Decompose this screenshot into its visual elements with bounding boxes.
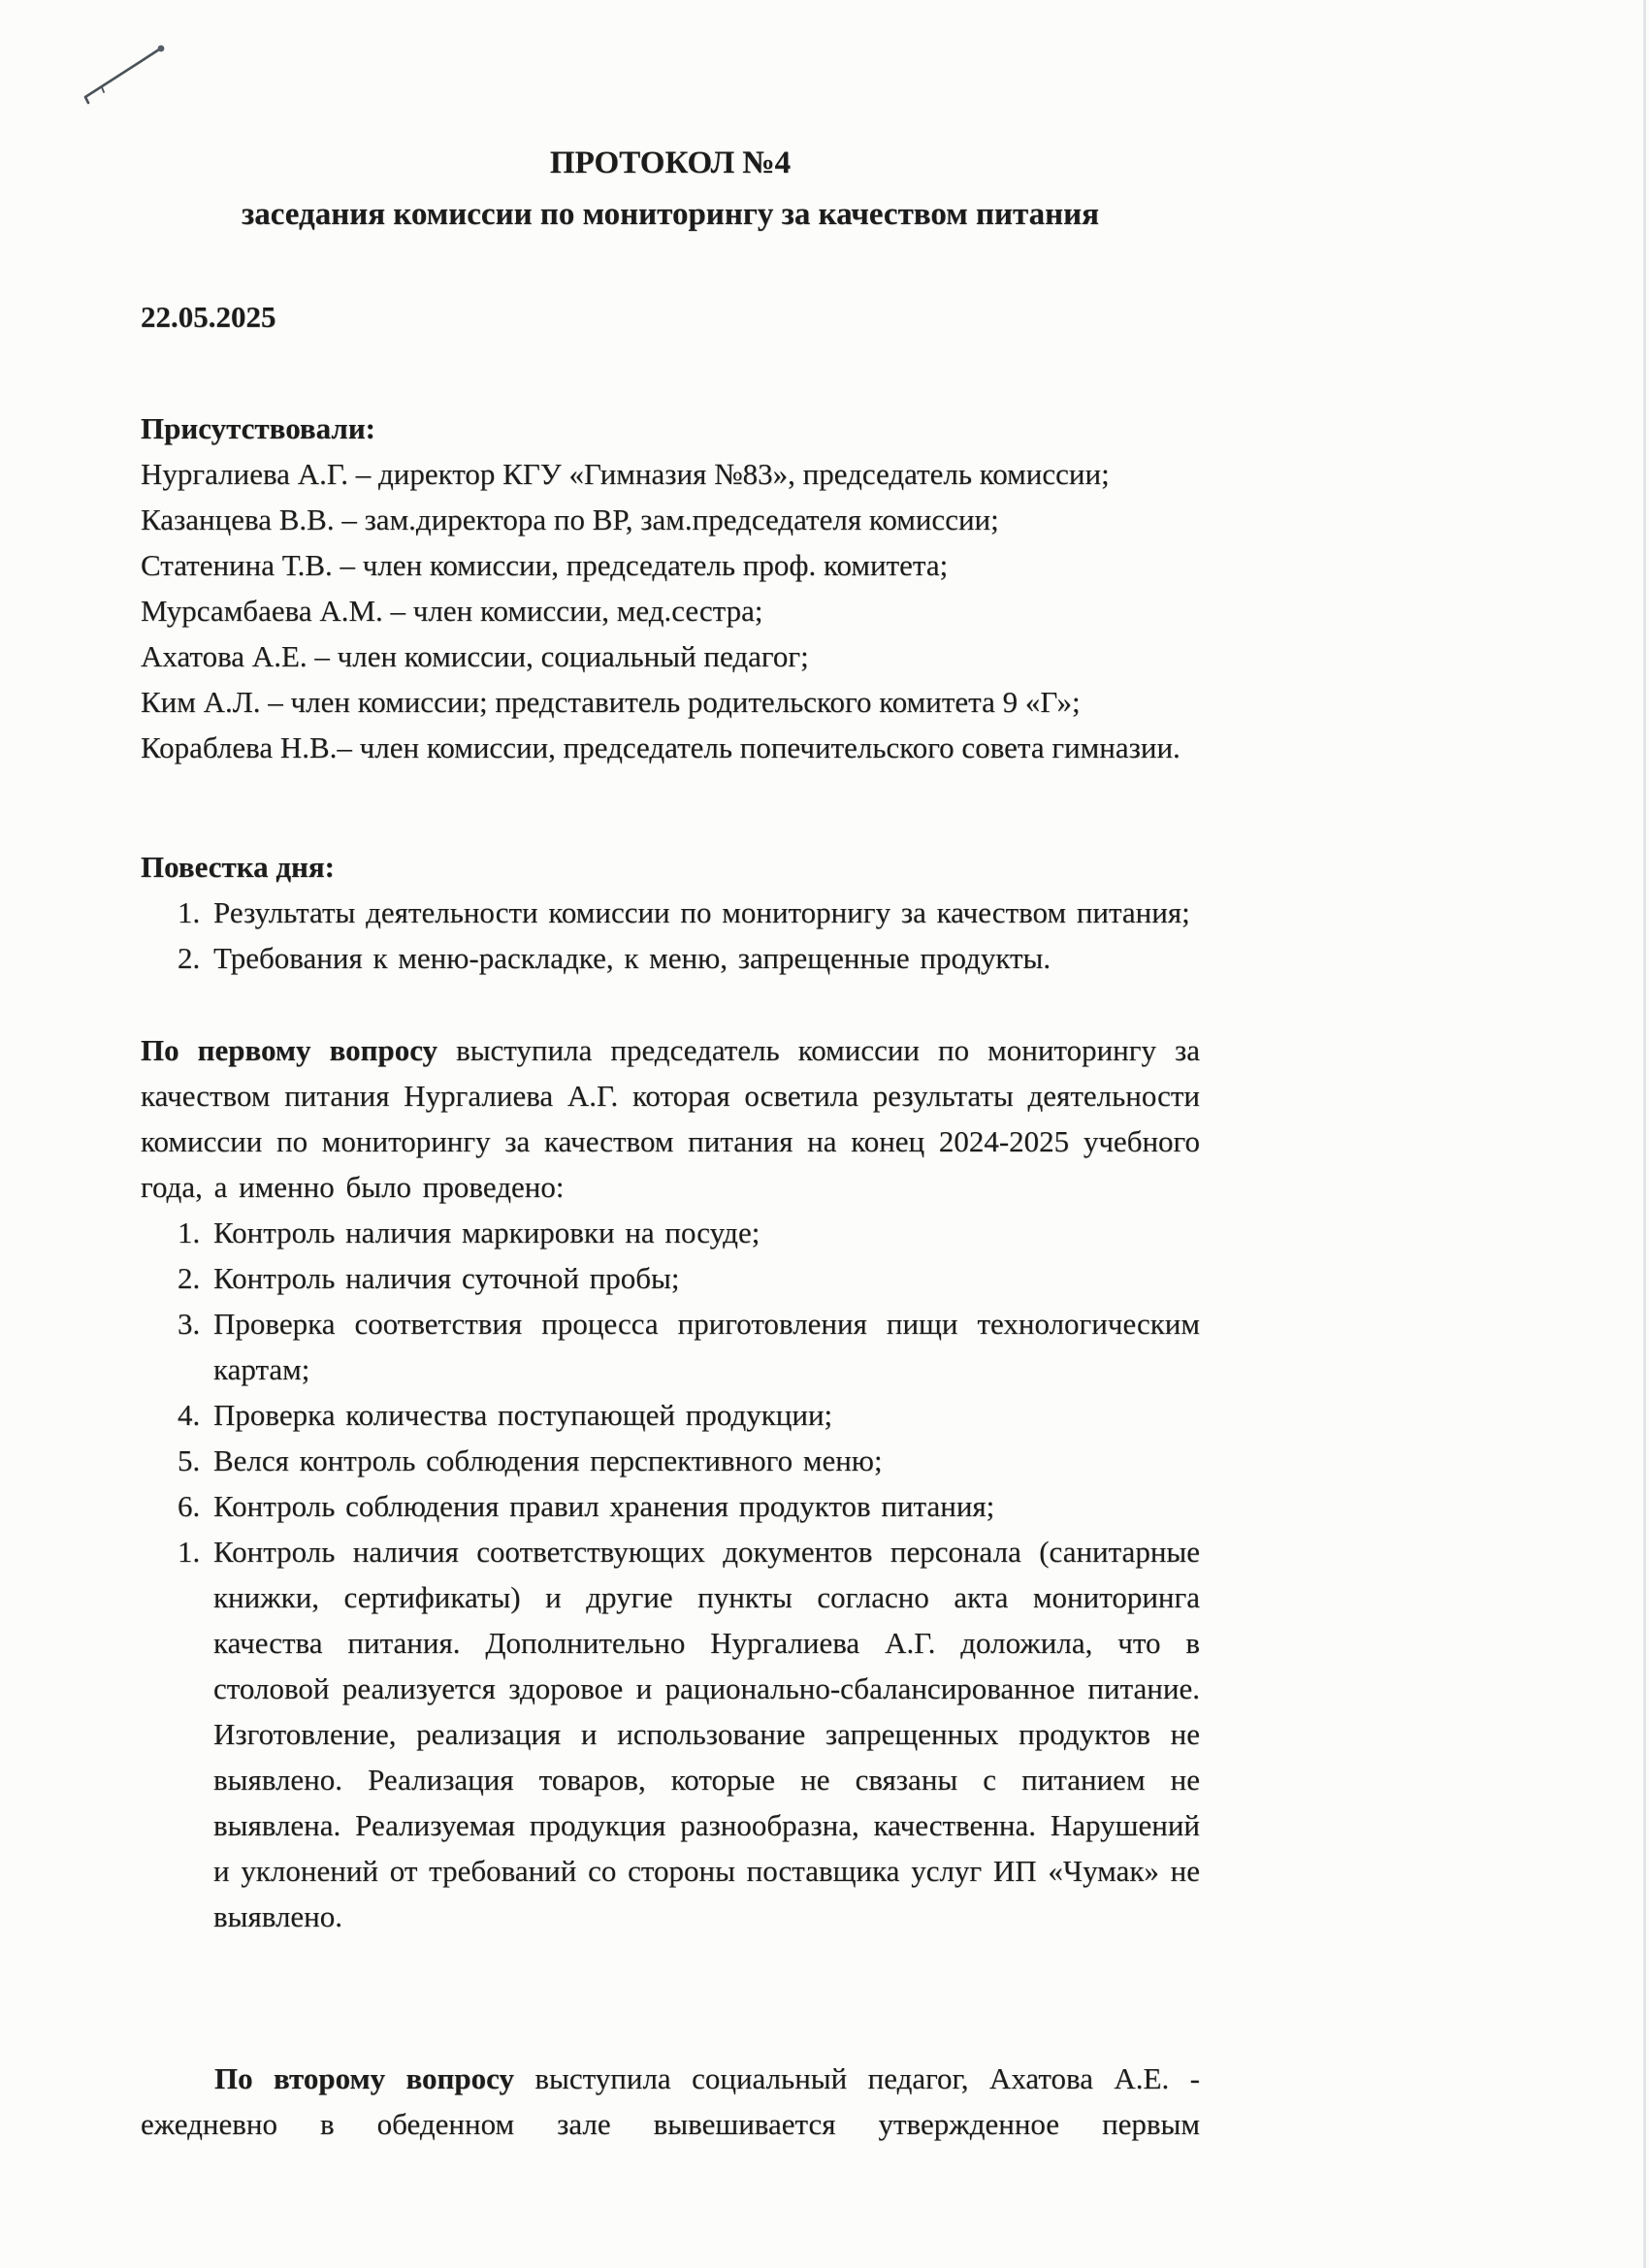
- action-item: 5. Велся контроль соблюдения перспективн…: [141, 1438, 1200, 1483]
- document-subtitle: заседания комиссии по мониторингу за кач…: [141, 192, 1200, 238]
- attendee-line: Нургалиева А.Г. – директор КГУ «Гимназия…: [141, 451, 1200, 497]
- attendee-line: Ким А.Л. – член комиссии; представитель …: [141, 679, 1200, 725]
- action-item-number: 3.: [178, 1301, 213, 1392]
- attendee-line: Мурсамбаева А.М. – член комиссии, мед.се…: [141, 588, 1200, 633]
- action-item: 2. Контроль наличия суточной пробы;: [141, 1255, 1200, 1301]
- action-item: 3. Проверка соответствия процесса пригот…: [141, 1301, 1200, 1392]
- agenda-item-number: 2.: [178, 935, 213, 981]
- action-item-text: Контроль наличия суточной пробы;: [213, 1255, 1200, 1301]
- attendee-line: Казанцева В.В. – зам.директора по ВР, за…: [141, 497, 1200, 542]
- action-item-text: Контроль соблюдения правил хранения прод…: [213, 1483, 1200, 1529]
- document-content: ПРОТОКОЛ №4 заседания комиссии по монито…: [141, 141, 1200, 2147]
- first-question-paragraph: По первому вопросу выступила председател…: [141, 1027, 1200, 1210]
- action-item-number: 1.: [178, 1529, 213, 1939]
- agenda-item-text: Результаты деятельности комиссии по мони…: [213, 890, 1200, 935]
- second-question-paragraph: По второму вопросу выступила социальный …: [141, 2056, 1200, 2147]
- agenda-item-number: 1.: [178, 890, 213, 935]
- scan-edge-artifact: [1643, 0, 1646, 2268]
- action-item-number: 1.: [178, 1210, 213, 1255]
- action-item-text: Контроль наличия маркировки на посуде;: [213, 1210, 1200, 1255]
- attendees-heading: Присутствовали:: [141, 405, 1200, 451]
- agenda-heading: Повестка дня:: [141, 844, 1200, 890]
- attendee-line: Статенина Т.В. – член комиссии, председа…: [141, 542, 1200, 588]
- agenda-item: 1. Результаты деятельности комиссии по м…: [141, 890, 1200, 935]
- action-item-text: Велся контроль соблюдения перспективного…: [213, 1438, 1200, 1483]
- action-item-text: Проверка количества поступающей продукци…: [213, 1392, 1200, 1438]
- action-item-number: 2.: [178, 1255, 213, 1301]
- action-item-text: Контроль наличия соответствующих докумен…: [213, 1529, 1200, 1939]
- agenda-item-text: Требования к меню-раскладке, к меню, зап…: [213, 935, 1200, 981]
- action-item-number: 6.: [178, 1483, 213, 1529]
- first-question-lead: По первому вопросу: [141, 1033, 437, 1067]
- attendee-line: Ахатова А.Е. – член комиссии, социальный…: [141, 633, 1200, 679]
- second-question-lead: По второму вопросу: [214, 2061, 514, 2095]
- agenda-item: 2. Требования к меню-раскладке, к меню, …: [141, 935, 1200, 981]
- action-item: 4. Проверка количества поступающей проду…: [141, 1392, 1200, 1438]
- attendee-line: Кораблева Н.В.– член комиссии, председат…: [141, 725, 1200, 770]
- document-date: 22.05.2025: [141, 294, 1200, 340]
- pen-mark: [56, 27, 182, 119]
- action-item: 1. Контроль наличия соответствующих доку…: [141, 1529, 1200, 1939]
- action-item-number: 4.: [178, 1392, 213, 1438]
- action-item: 6. Контроль соблюдения правил хранения п…: [141, 1483, 1200, 1529]
- action-item-text: Проверка соответствия процесса приготовл…: [213, 1301, 1200, 1392]
- document-title: ПРОТОКОЛ №4: [141, 141, 1200, 186]
- action-item: 1. Контроль наличия маркировки на посуде…: [141, 1210, 1200, 1255]
- action-item-number: 5.: [178, 1438, 213, 1483]
- scanned-page: ПРОТОКОЛ №4 заседания комиссии по монито…: [0, 0, 1649, 2268]
